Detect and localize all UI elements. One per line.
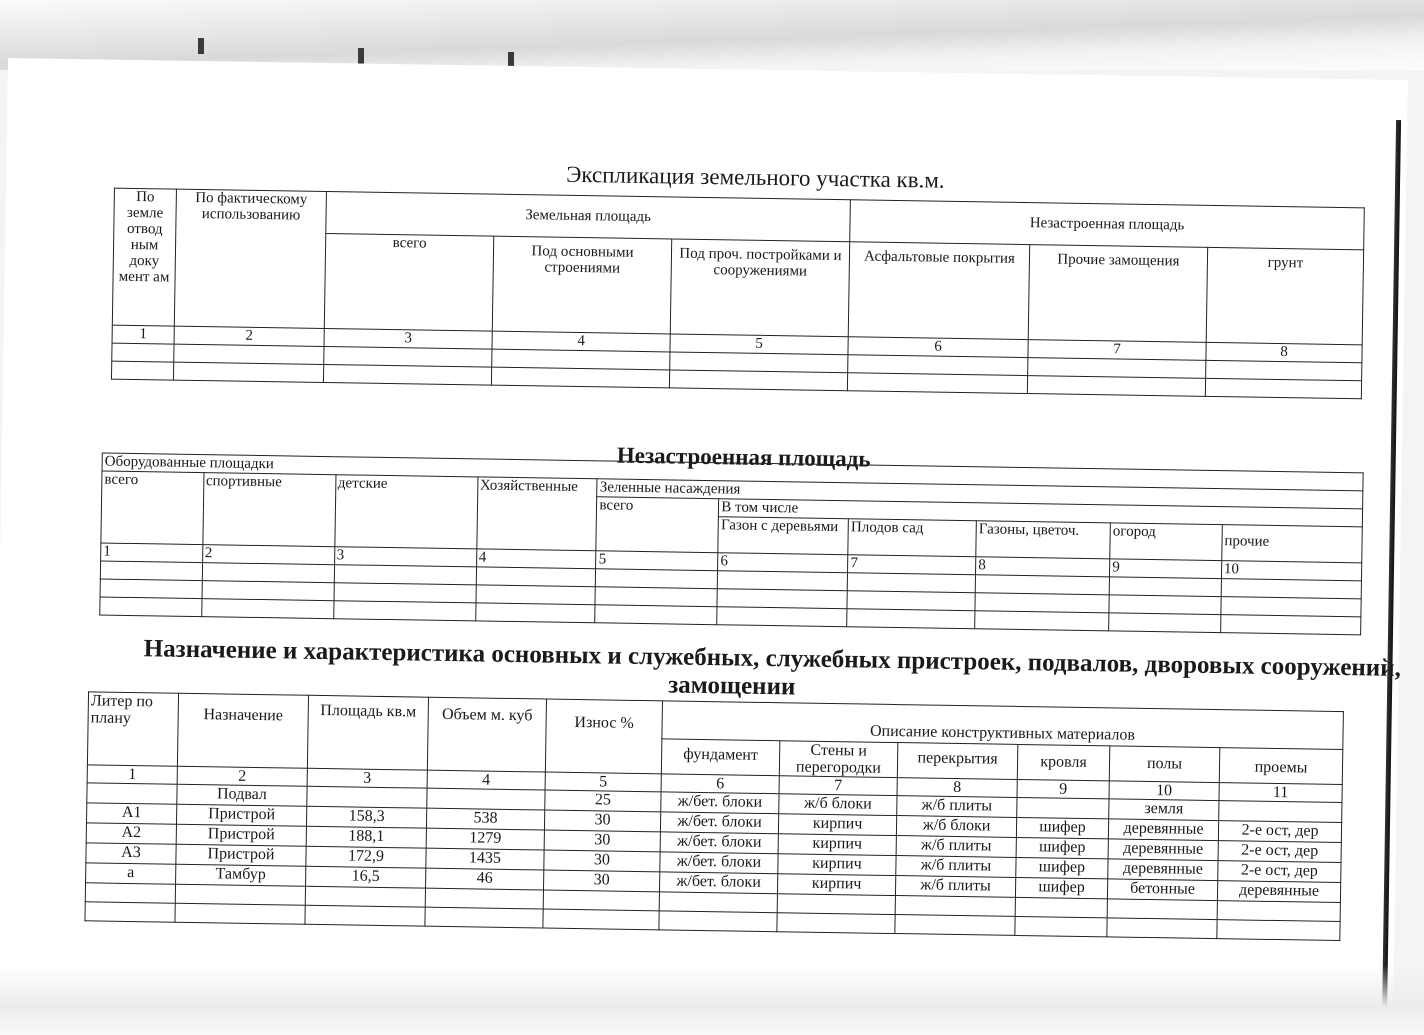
cell-volume: 1435: [426, 848, 544, 870]
header-equipped-total: всего: [101, 471, 204, 545]
cell-roof: шифер: [1016, 837, 1108, 858]
cell-liter: а: [86, 863, 176, 884]
col-number: 4: [476, 549, 596, 569]
cell-floor: деревянные: [1108, 819, 1218, 841]
header-green-total: всего: [596, 497, 719, 553]
header-area: Площадь кв.м: [307, 695, 428, 770]
col-number: 5: [596, 551, 718, 571]
cell-found: ж/бет. блоки: [661, 792, 779, 814]
title-purpose-characteristics-cont: замощении: [668, 671, 796, 701]
col-number: 2: [174, 326, 324, 346]
cell-found: ж/бет. блоки: [660, 812, 778, 834]
unbuilt-area-table: Оборудованные площадки всего спортивные …: [99, 453, 1363, 636]
cell-roof: шифер: [1015, 877, 1107, 898]
header-household: Хозяйственные: [476, 477, 597, 551]
col-number: 9: [1017, 779, 1109, 798]
cell-area: 158,3: [306, 806, 426, 828]
col-number: 8: [897, 778, 1017, 798]
cell-wear: 30: [544, 810, 660, 832]
col-number: 3: [307, 768, 427, 788]
cell-floor: бетонные: [1107, 879, 1217, 901]
cell-wear: 30: [544, 830, 660, 852]
col-number: 7: [848, 555, 976, 575]
header-by-fact: По фактическому использованию: [174, 189, 326, 328]
cell-floor: деревянные: [1108, 859, 1218, 881]
header-liter: Литер по плану: [87, 692, 178, 766]
col-number: 5: [545, 772, 661, 792]
cell-walls: кирпич: [778, 814, 896, 836]
cell-volume: 46: [426, 868, 544, 890]
binder-clip: [358, 48, 364, 64]
cell-walls: ж/б блоки: [779, 794, 897, 816]
cell-found: ж/бет. блоки: [659, 872, 777, 894]
col-number: 10: [1221, 561, 1361, 581]
cell-roof: [1017, 797, 1109, 818]
cell-walls: кирпич: [777, 874, 895, 896]
cell-roof: шифер: [1016, 817, 1108, 838]
cell-over: ж/б плиты: [895, 876, 1015, 898]
col-number: 6: [661, 774, 779, 794]
col-number: 1: [87, 765, 177, 784]
cell-purpose: Подвал: [177, 784, 307, 806]
col-number: 3: [334, 547, 476, 567]
cell-purpose: Пристрой: [176, 844, 306, 866]
cell-open: 2-е ост, дер: [1218, 821, 1341, 843]
col-number: 10: [1109, 781, 1219, 801]
cell-liter: А3: [86, 843, 176, 864]
cell-floor: деревянные: [1108, 839, 1218, 861]
cell-area: [307, 786, 427, 808]
header-roof: кровля: [1017, 744, 1110, 780]
scan-bottom-edge: [0, 965, 1424, 1035]
col-number: 6: [718, 553, 848, 573]
col-number: 9: [1110, 559, 1222, 579]
header-flowers: Газоны, цветоч.: [976, 521, 1111, 559]
header-soil: грунт: [1206, 247, 1363, 344]
cell-roof: шифер: [1016, 857, 1108, 878]
header-main-buildings: Под основными строениями: [492, 236, 671, 334]
header-other: прочие: [1222, 525, 1363, 563]
header-other-buildings: Под проч. постройками и сооружениями: [670, 239, 849, 337]
header-wear: Износ %: [545, 699, 662, 774]
header-foundation: фундамент: [661, 739, 780, 776]
header-total: всего: [324, 234, 493, 332]
scan-top-edge: [0, 0, 1424, 70]
header-asphalt: Асфальтовые покрытия: [848, 242, 1029, 340]
cell-purpose: Тамбур: [176, 864, 306, 886]
cell-walls: кирпич: [778, 834, 896, 856]
cell-open: [1219, 801, 1342, 823]
col-number: 1: [101, 543, 203, 563]
cell-over: ж/б блоки: [896, 816, 1016, 838]
cell-floor: земля: [1109, 799, 1219, 821]
cell-liter: [87, 783, 177, 804]
cell-area: 172,9: [306, 846, 426, 868]
buildings-table: Литер по плану Назначение Площадь кв.м О…: [84, 691, 1343, 941]
cell-liter: А1: [86, 803, 176, 824]
header-ceilings: перекрытия: [897, 743, 1018, 780]
col-number: 11: [1219, 783, 1342, 803]
title-land-explication: Экспликация земельного участка кв.м.: [566, 162, 945, 194]
cell-open: 2-е ост, дер: [1218, 861, 1341, 883]
header-lawn-trees: Газон с деревьями: [718, 517, 849, 555]
header-openings: проемы: [1219, 748, 1343, 785]
cell-purpose: Пристрой: [176, 824, 306, 846]
cell-over: ж/б плиты: [897, 796, 1017, 818]
header-purpose: Назначение: [177, 693, 308, 768]
header-orchard: Плодов сад: [848, 519, 976, 557]
header-sport: спортивные: [202, 473, 335, 547]
cell-area: 188,1: [306, 826, 426, 848]
col-number: 2: [202, 545, 334, 565]
cell-wear: 25: [545, 790, 661, 812]
col-number: 4: [427, 770, 545, 790]
cell-volume: 538: [426, 808, 544, 830]
header-walls: Стены и перегородки: [779, 741, 898, 778]
cell-volume: 1279: [426, 828, 544, 850]
cell-found: ж/бет. блоки: [660, 852, 778, 874]
col-number: 8: [976, 557, 1110, 577]
land-explication-table: По земле отвод ным доку мент ам По факти…: [111, 188, 1365, 400]
header-floors: полы: [1109, 746, 1220, 783]
cell-over: ж/б плиты: [896, 836, 1016, 858]
col-number: 1: [112, 325, 174, 344]
cell-liter: А2: [86, 823, 176, 844]
header-by-docs: По земле отвод ным доку мент ам: [112, 188, 176, 326]
header-children: детские: [334, 475, 477, 549]
header-garden: огород: [1110, 523, 1222, 561]
cell-walls: кирпич: [778, 854, 896, 876]
cell-open: 2-е ост, дер: [1218, 841, 1341, 863]
document-page: Экспликация земельного участка кв.м. По …: [0, 58, 1408, 1035]
cell-open: деревянные: [1217, 881, 1340, 903]
cell-wear: 30: [544, 850, 660, 872]
binder-clip: [198, 38, 204, 54]
cell-found: ж/бет. блоки: [660, 832, 778, 854]
header-other-paving: Прочие замощения: [1028, 245, 1207, 343]
col-number: 7: [779, 776, 897, 796]
cell-volume: [427, 788, 545, 810]
header-volume: Объем м. куб: [427, 697, 546, 772]
cell-over: ж/б плиты: [896, 856, 1016, 878]
cell-area: 16,5: [306, 866, 426, 888]
col-number: 2: [177, 766, 307, 786]
cell-wear: 30: [543, 870, 659, 892]
cell-purpose: Пристрой: [176, 804, 306, 826]
